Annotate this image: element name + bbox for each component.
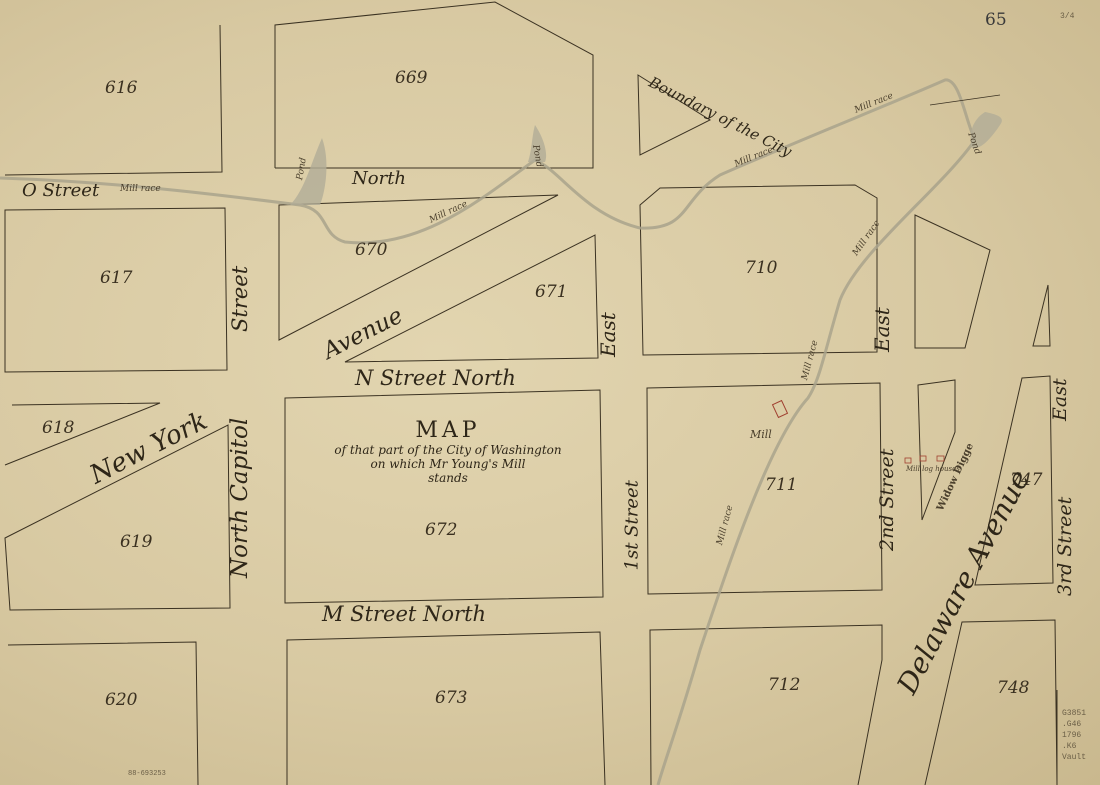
east-label-1: East	[596, 312, 620, 357]
first-street-label: 1st Street	[622, 480, 643, 570]
o-street-label: O Street	[22, 180, 99, 201]
block-617-outline	[5, 208, 227, 372]
block-620-outline	[8, 642, 198, 785]
map-subtitle-line3: stands	[318, 471, 578, 485]
map-subtitle-line1: of that part of the City of Washington	[318, 443, 578, 457]
block-number: 619	[120, 532, 152, 552]
mill-race-label: Mill race	[120, 184, 161, 194]
third-street-label: 3rd Street	[1054, 497, 1076, 596]
title-cartouche: MAP of that part of the City of Washingt…	[318, 418, 578, 528]
catalog-stamp: 88-693253	[128, 770, 166, 778]
m-street-label: M Street North	[322, 602, 486, 626]
small-triangle-outline	[1033, 285, 1050, 346]
block-number: 617	[100, 268, 132, 288]
second-street-label: 2nd Street	[876, 449, 898, 551]
east-label-2: East	[870, 307, 894, 352]
block-number: 670	[355, 240, 387, 260]
block-number: 669	[395, 68, 427, 88]
log-houses	[905, 456, 944, 463]
block-number: 673	[435, 688, 467, 708]
n-street-label: N Street North	[355, 366, 516, 390]
block-number: 710	[745, 258, 777, 278]
north-label: North	[352, 168, 406, 189]
map-subtitle-line2: on which Mr Young's Mill	[318, 457, 578, 471]
block-number: 616	[105, 78, 137, 98]
mill-building	[773, 401, 788, 418]
block-east-outline	[915, 215, 990, 348]
east-label-3: East	[1049, 378, 1071, 421]
block-673-outline	[287, 632, 605, 785]
block-number: 671	[535, 282, 567, 302]
block-number: 712	[768, 675, 800, 695]
block-number: 620	[105, 690, 137, 710]
sheet-number: 65	[985, 10, 1007, 30]
block-number: 748	[997, 678, 1029, 698]
ponds	[290, 112, 1002, 205]
map-title: MAP	[318, 418, 578, 443]
block-number: 711	[765, 475, 797, 495]
mill-label: Mill	[750, 428, 772, 441]
boundary-line	[930, 95, 1000, 105]
block-number: 618	[42, 418, 74, 438]
block-616-outline	[5, 25, 222, 175]
north-capitol-label: North Capitol	[227, 418, 253, 578]
sheet-corner-note: 3/4	[1060, 12, 1074, 21]
historic-map: 616 669 617 670 671 710 618 619 672 711 …	[0, 0, 1100, 785]
north-capitol-street-label: Street	[228, 266, 252, 332]
call-number: G3851 .G46 1796 .K6 Vault	[1062, 708, 1086, 763]
